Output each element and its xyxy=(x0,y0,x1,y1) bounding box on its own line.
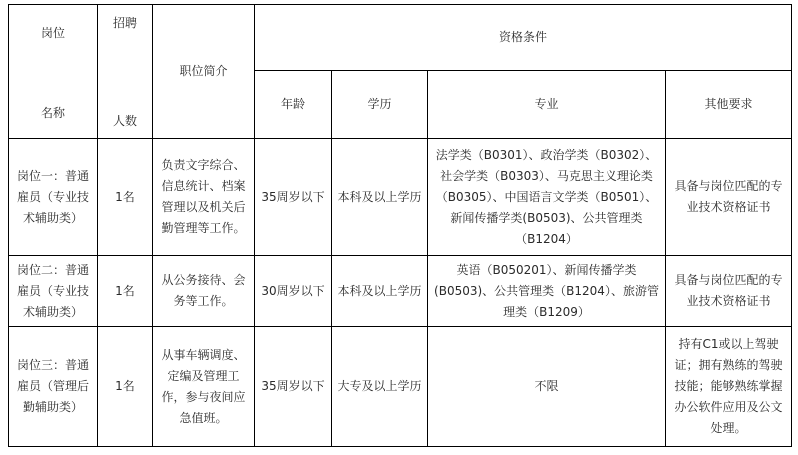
position-description: 负责文字综合、信息统计、档案管理以及机关后勤管理等工作。 xyxy=(153,139,255,256)
position-description: 从事车辆调度、定编及管理工作，参与夜间应急值班。 xyxy=(153,327,255,447)
position-major: 不限 xyxy=(428,327,666,447)
table-row: 岗位二：普通雇员（专业技术辅助类） 1名 从公务接待、会务等工作。 30周岁以下… xyxy=(9,256,792,327)
position-age: 35周岁以下 xyxy=(255,139,332,256)
position-count: 1名 xyxy=(98,327,153,447)
position-age: 35周岁以下 xyxy=(255,327,332,447)
header-count-top: 招聘 xyxy=(113,5,137,34)
position-major: 法学类（B0301）、政治学类（B0302）、社会学类（B0303）、马克思主义… xyxy=(428,139,666,256)
header-position-name-top: 岗位 xyxy=(41,5,65,44)
header-count: 招聘 人数 xyxy=(98,5,153,139)
header-other: 其他要求 xyxy=(666,71,792,139)
position-education: 本科及以上学历 xyxy=(332,139,428,256)
position-age: 30周岁以下 xyxy=(255,256,332,327)
position-other: 具备与岗位匹配的专业技术资格证书 xyxy=(666,256,792,327)
header-row-top: 岗位 名称 招聘 人数 职位简介 资格条件 xyxy=(9,5,792,71)
position-count: 1名 xyxy=(98,139,153,256)
header-position-name-bottom: 名称 xyxy=(41,103,65,138)
position-other: 持有C1或以上驾驶证；拥有熟练的驾驶技能；能够熟练掌握办公软件应用及公文处理。 xyxy=(666,327,792,447)
header-description: 职位简介 xyxy=(153,5,255,139)
position-major: 英语（B050201）、新闻传播学类(B0503)、公共管理类（B1204）、旅… xyxy=(428,256,666,327)
position-education: 本科及以上学历 xyxy=(332,256,428,327)
position-education: 大专及以上学历 xyxy=(332,327,428,447)
header-major: 专业 xyxy=(428,71,666,139)
header-count-bottom: 人数 xyxy=(113,111,137,138)
table-row: 岗位一：普通雇员（专业技术辅助类） 1名 负责文字综合、信息统计、档案管理以及机… xyxy=(9,139,792,256)
header-qualifications: 资格条件 xyxy=(255,5,792,71)
recruitment-table: 岗位 名称 招聘 人数 职位简介 资格条件 年龄 学历 专业 其他要求 岗位一：… xyxy=(8,4,792,447)
table-row: 岗位三：普通雇员（管理后勤辅助类） 1名 从事车辆调度、定编及管理工作，参与夜间… xyxy=(9,327,792,447)
position-name: 岗位二：普通雇员（专业技术辅助类） xyxy=(9,256,98,327)
position-description: 从公务接待、会务等工作。 xyxy=(153,256,255,327)
position-count: 1名 xyxy=(98,256,153,327)
position-name: 岗位一：普通雇员（专业技术辅助类） xyxy=(9,139,98,256)
position-other: 具备与岗位匹配的专业技术资格证书 xyxy=(666,139,792,256)
header-age: 年龄 xyxy=(255,71,332,139)
header-education: 学历 xyxy=(332,71,428,139)
position-name: 岗位三：普通雇员（管理后勤辅助类） xyxy=(9,327,98,447)
header-position-name: 岗位 名称 xyxy=(9,5,98,139)
